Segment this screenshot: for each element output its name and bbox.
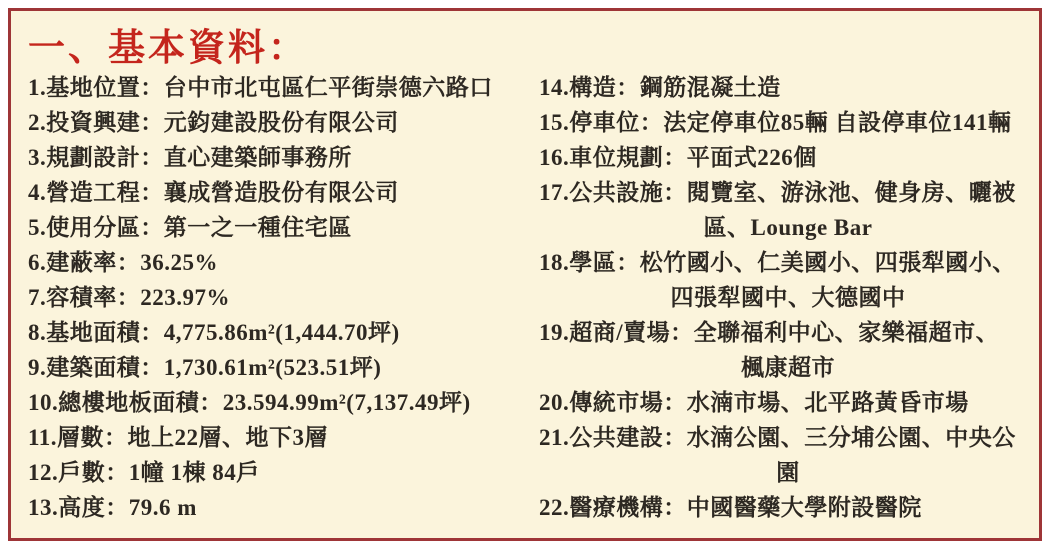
item-text-continued: 園 [539, 455, 1037, 490]
item-text: 20.傳統市場：水湳市場、北平路黃昏市場 [539, 385, 1037, 420]
item-markets: 20.傳統市場：水湳市場、北平路黃昏市場 [539, 385, 1037, 420]
item-hospital: 22.醫療機構：中國醫藥大學附設醫院 [539, 490, 1037, 525]
item-text: 6.建蔽率：36.25% [28, 245, 523, 280]
item-zoning: 5.使用分區：第一之一種住宅區 [28, 210, 523, 245]
item-text: 15.停車位：法定停車位85輛 自設停車位141輛 [539, 105, 1037, 140]
item-text: 3.規劃設計：直心建築師事務所 [28, 140, 523, 175]
item-facilities: 17.公共設施：閱覽室、游泳池、健身房、曬被 區、Lounge Bar [539, 175, 1037, 245]
item-site-location: 1.基地位置：台中市北屯區仁平街崇德六路口 [28, 70, 523, 105]
item-text: 19.超商/賣場：全聯福利中心、家樂福超市、 [539, 315, 1037, 350]
right-column: 14.構造：鋼筋混凝土造 15.停車位：法定停車位85輛 自設停車位141輛 1… [539, 70, 1037, 525]
page: 一、基本資料： 1.基地位置：台中市北屯區仁平街崇德六路口 2.投資興建：元鈞建… [0, 0, 1051, 549]
item-supermarkets: 19.超商/賣場：全聯福利中心、家樂福超市、 楓康超市 [539, 315, 1037, 385]
item-text: 2.投資興建：元鈞建設股份有限公司 [28, 105, 523, 140]
item-units: 12.戶數：1幢 1棟 84戶 [28, 455, 523, 490]
item-text: 16.車位規劃：平面式226個 [539, 140, 1037, 175]
item-text: 4.營造工程：襄成營造股份有限公司 [28, 175, 523, 210]
item-text: 5.使用分區：第一之一種住宅區 [28, 210, 523, 245]
item-constructor: 4.營造工程：襄成營造股份有限公司 [28, 175, 523, 210]
item-text: 9.建築面積：1,730.61m²(523.51坪) [28, 350, 523, 385]
item-design: 3.規劃設計：直心建築師事務所 [28, 140, 523, 175]
item-parking-layout: 16.車位規劃：平面式226個 [539, 140, 1037, 175]
item-text: 14.構造：鋼筋混凝土造 [539, 70, 1037, 105]
item-text: 22.醫療機構：中國醫藥大學附設醫院 [539, 490, 1037, 525]
item-structure: 14.構造：鋼筋混凝土造 [539, 70, 1037, 105]
item-text: 10.總樓地板面積：23.594.99m²(7,137.49坪) [28, 385, 523, 420]
item-site-area: 8.基地面積：4,775.86m²(1,444.70坪) [28, 315, 523, 350]
item-total-floor-area: 10.總樓地板面積：23.594.99m²(7,137.49坪) [28, 385, 523, 420]
section-title: 一、基本資料： [28, 17, 308, 71]
item-text: 8.基地面積：4,775.86m²(1,444.70坪) [28, 315, 523, 350]
item-text: 13.高度：79.6 m [28, 490, 523, 525]
item-building-area: 9.建築面積：1,730.61m²(523.51坪) [28, 350, 523, 385]
item-text: 1.基地位置：台中市北屯區仁平街崇德六路口 [28, 70, 523, 105]
item-parking: 15.停車位：法定停車位85輛 自設停車位141輛 [539, 105, 1037, 140]
item-text: 21.公共建設：水湳公園、三分埔公園、中央公 [539, 420, 1037, 455]
item-coverage-ratio: 6.建蔽率：36.25% [28, 245, 523, 280]
item-text: 18.學區：松竹國小、仁美國小、四張犁國小、 [539, 245, 1037, 280]
item-schools: 18.學區：松竹國小、仁美國小、四張犁國小、 四張犁國中、大德國中 [539, 245, 1037, 315]
item-floor-area-ratio: 7.容積率：223.97% [28, 280, 523, 315]
item-floors: 11.層數：地上22層、地下3層 [28, 420, 523, 455]
item-text-continued: 楓康超市 [539, 350, 1037, 385]
item-public-infra: 21.公共建設：水湳公園、三分埔公園、中央公 園 [539, 420, 1037, 490]
info-panel: 一、基本資料： 1.基地位置：台中市北屯區仁平街崇德六路口 2.投資興建：元鈞建… [8, 8, 1042, 541]
item-text-continued: 四張犁國中、大德國中 [539, 280, 1037, 315]
item-text: 11.層數：地上22層、地下3層 [28, 420, 523, 455]
item-text-continued: 區、Lounge Bar [539, 210, 1037, 245]
item-text: 7.容積率：223.97% [28, 280, 523, 315]
item-text: 17.公共設施：閱覽室、游泳池、健身房、曬被 [539, 175, 1037, 210]
item-height: 13.高度：79.6 m [28, 490, 523, 525]
item-developer: 2.投資興建：元鈞建設股份有限公司 [28, 105, 523, 140]
item-text: 12.戶數：1幢 1棟 84戶 [28, 455, 523, 490]
left-column: 1.基地位置：台中市北屯區仁平街崇德六路口 2.投資興建：元鈞建設股份有限公司 … [28, 70, 523, 525]
